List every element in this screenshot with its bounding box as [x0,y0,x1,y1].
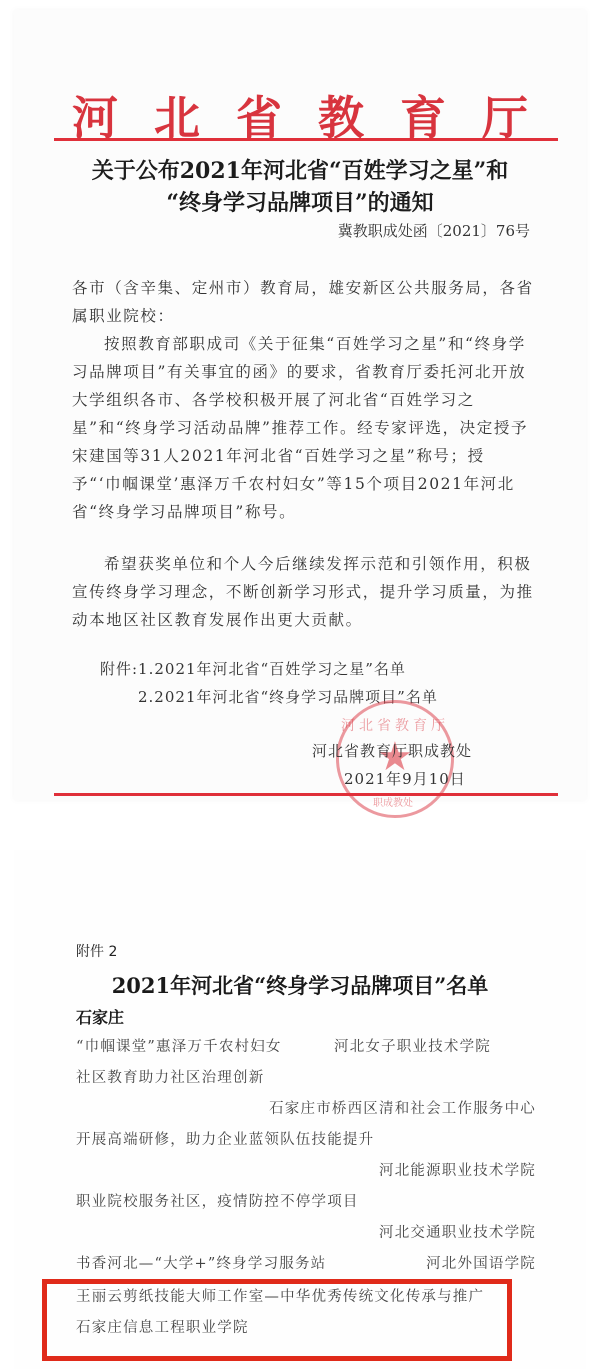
masthead-red-rule [54,138,558,141]
highlight-box [42,1279,512,1361]
seal-ring-text: 河北省教育厅 [339,715,451,735]
organization-name: 河北能源职业技术学院 [379,1157,536,1185]
list-item: 社区教育助力社区治理创新 [76,1064,536,1092]
list-item-org: 河北交通职业技术学院 [76,1219,536,1247]
attachment-1: 附件:1.2021年河北省“百姓学习之星”名单 [100,658,406,679]
addressee: 各市（含辛集、定州市）教育局，雄安新区公共服务局，各省属职业院校： [72,274,534,330]
paragraph-2-text: 希望获奖单位和个人今后继续发挥示范和引领作用，积极宣传终身学习理念，不断创新学习… [72,555,534,629]
list-item-org: 石家庄市桥西区清和社会工作服务中心 [76,1095,536,1123]
signoff-organization: 河北省教育厅职成教处 [312,740,472,761]
annex-title: 2021年河北省“终身学习品牌项目”名单 [14,970,586,1000]
annex-label: 附件 2 [76,941,117,961]
paragraph-1: 按照教育部职成司《关于征集“百姓学习之星”和“终身学习品牌项目”有关事宜的函》的… [72,330,534,526]
organization-name: 河北交通职业技术学院 [379,1219,536,1247]
organization-name: 河北外国语学院 [426,1250,536,1278]
notice-title-line2: “终身学习品牌项目”的通知 [14,186,586,220]
list-item: 职业院校服务社区，疫情防控不停学项目 [76,1188,536,1216]
project-name: “巾帼课堂”惠泽万千农村妇女 [76,1039,282,1055]
list-item: 开展高端研修，助力企业蓝领队伍技能提升 [76,1126,536,1154]
list-item: 书香河北—“大学+”终身学习服务站 河北外国语学院 [76,1250,536,1278]
list-item: “巾帼课堂”惠泽万千农村妇女 河北女子职业技术学院 [76,1033,536,1061]
document-number: 冀教职成处函〔2021〕76号 [338,220,530,241]
project-name: 开展高端研修，助力企业蓝领队伍技能提升 [76,1132,374,1148]
paragraph-1-text: 按照教育部职成司《关于征集“百姓学习之星”和“终身学习品牌项目”有关事宜的函》的… [72,335,528,521]
project-name: 社区教育助力社区治理创新 [76,1070,264,1086]
organization-name: 河北女子职业技术学院 [334,1033,491,1061]
region-heading: 石家庄 [76,1005,124,1028]
organization-name: 石家庄市桥西区清和社会工作服务中心 [269,1095,536,1123]
list-item-org: 河北能源职业技术学院 [76,1157,536,1185]
signoff-date: 2021年9月10日 [344,768,466,789]
paragraph-2: 希望获奖单位和个人今后继续发挥示范和引领作用，积极宣传终身学习理念，不断创新学习… [72,550,534,634]
notice-page: 河北省教育厅 关于公布2021年河北省“百姓学习之星”和 “终身学习品牌项目”的… [14,10,586,800]
footer-red-rule [54,793,558,796]
project-name: 职业院校服务社区，疫情防控不停学项目 [76,1194,359,1210]
project-name: 书香河北—“大学+”终身学习服务站 [76,1256,326,1272]
notice-title-line1: 关于公布2021年河北省“百姓学习之星”和 [14,154,586,188]
